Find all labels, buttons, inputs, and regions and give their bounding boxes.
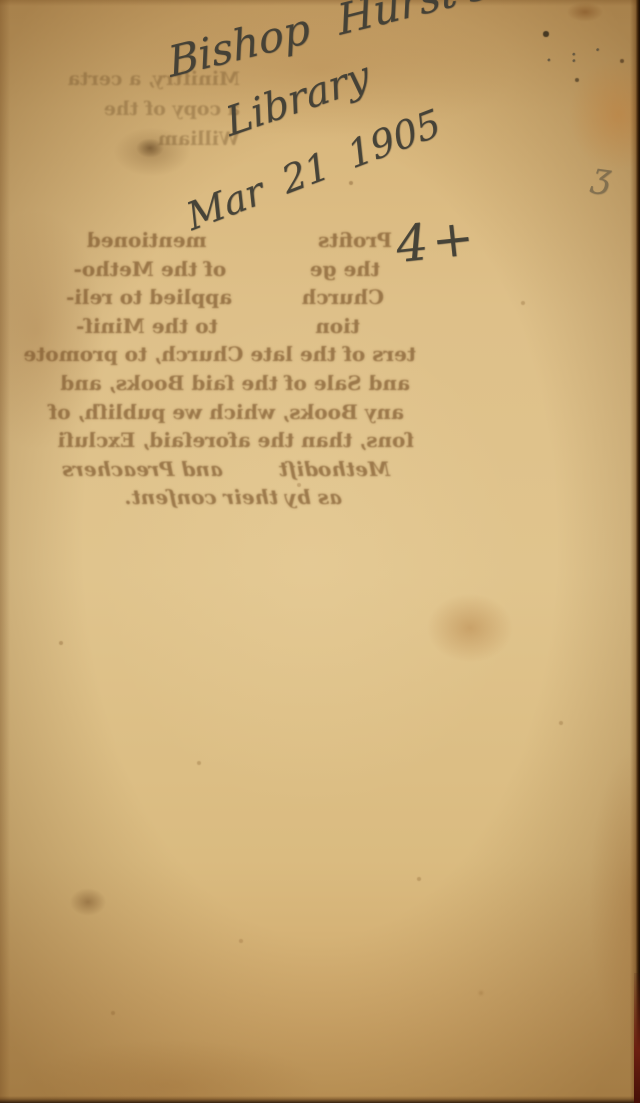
- show-through-line: tion to the Miniſ-: [6, 312, 420, 341]
- show-through-line: Church applied to reli-: [6, 283, 420, 312]
- show-through-line: any Books, which we publiſh, of: [6, 398, 420, 427]
- left-edge-shadow: [0, 0, 10, 1103]
- show-through-line: ters of the late Church, to promote: [6, 340, 420, 369]
- handwritten-price-mark: 4+: [393, 208, 480, 274]
- show-through-line: Methodiſt and Preachers: [6, 455, 420, 484]
- show-through-text-block: Profits mentioned the ge of the Metho- C…: [6, 226, 420, 512]
- scanned-book-flyleaf: Miniſtry, a certa a copy of the William …: [0, 0, 640, 1103]
- show-through-line: and Sale of the ſaid Books, and: [6, 369, 420, 398]
- show-through-line: a copy of the: [28, 94, 240, 124]
- red-cover-edge: [634, 973, 640, 1103]
- binding-edge-shadow: [630, 0, 640, 1103]
- show-through-line: as by their conſent.: [6, 483, 420, 512]
- show-through-line: ſons, than the aforeſaid, Excluſi: [6, 426, 420, 455]
- show-through-line: William: [28, 124, 240, 154]
- bottom-edge-shadow: [0, 1096, 640, 1103]
- show-through-line: the ge of the Metho-: [6, 255, 420, 284]
